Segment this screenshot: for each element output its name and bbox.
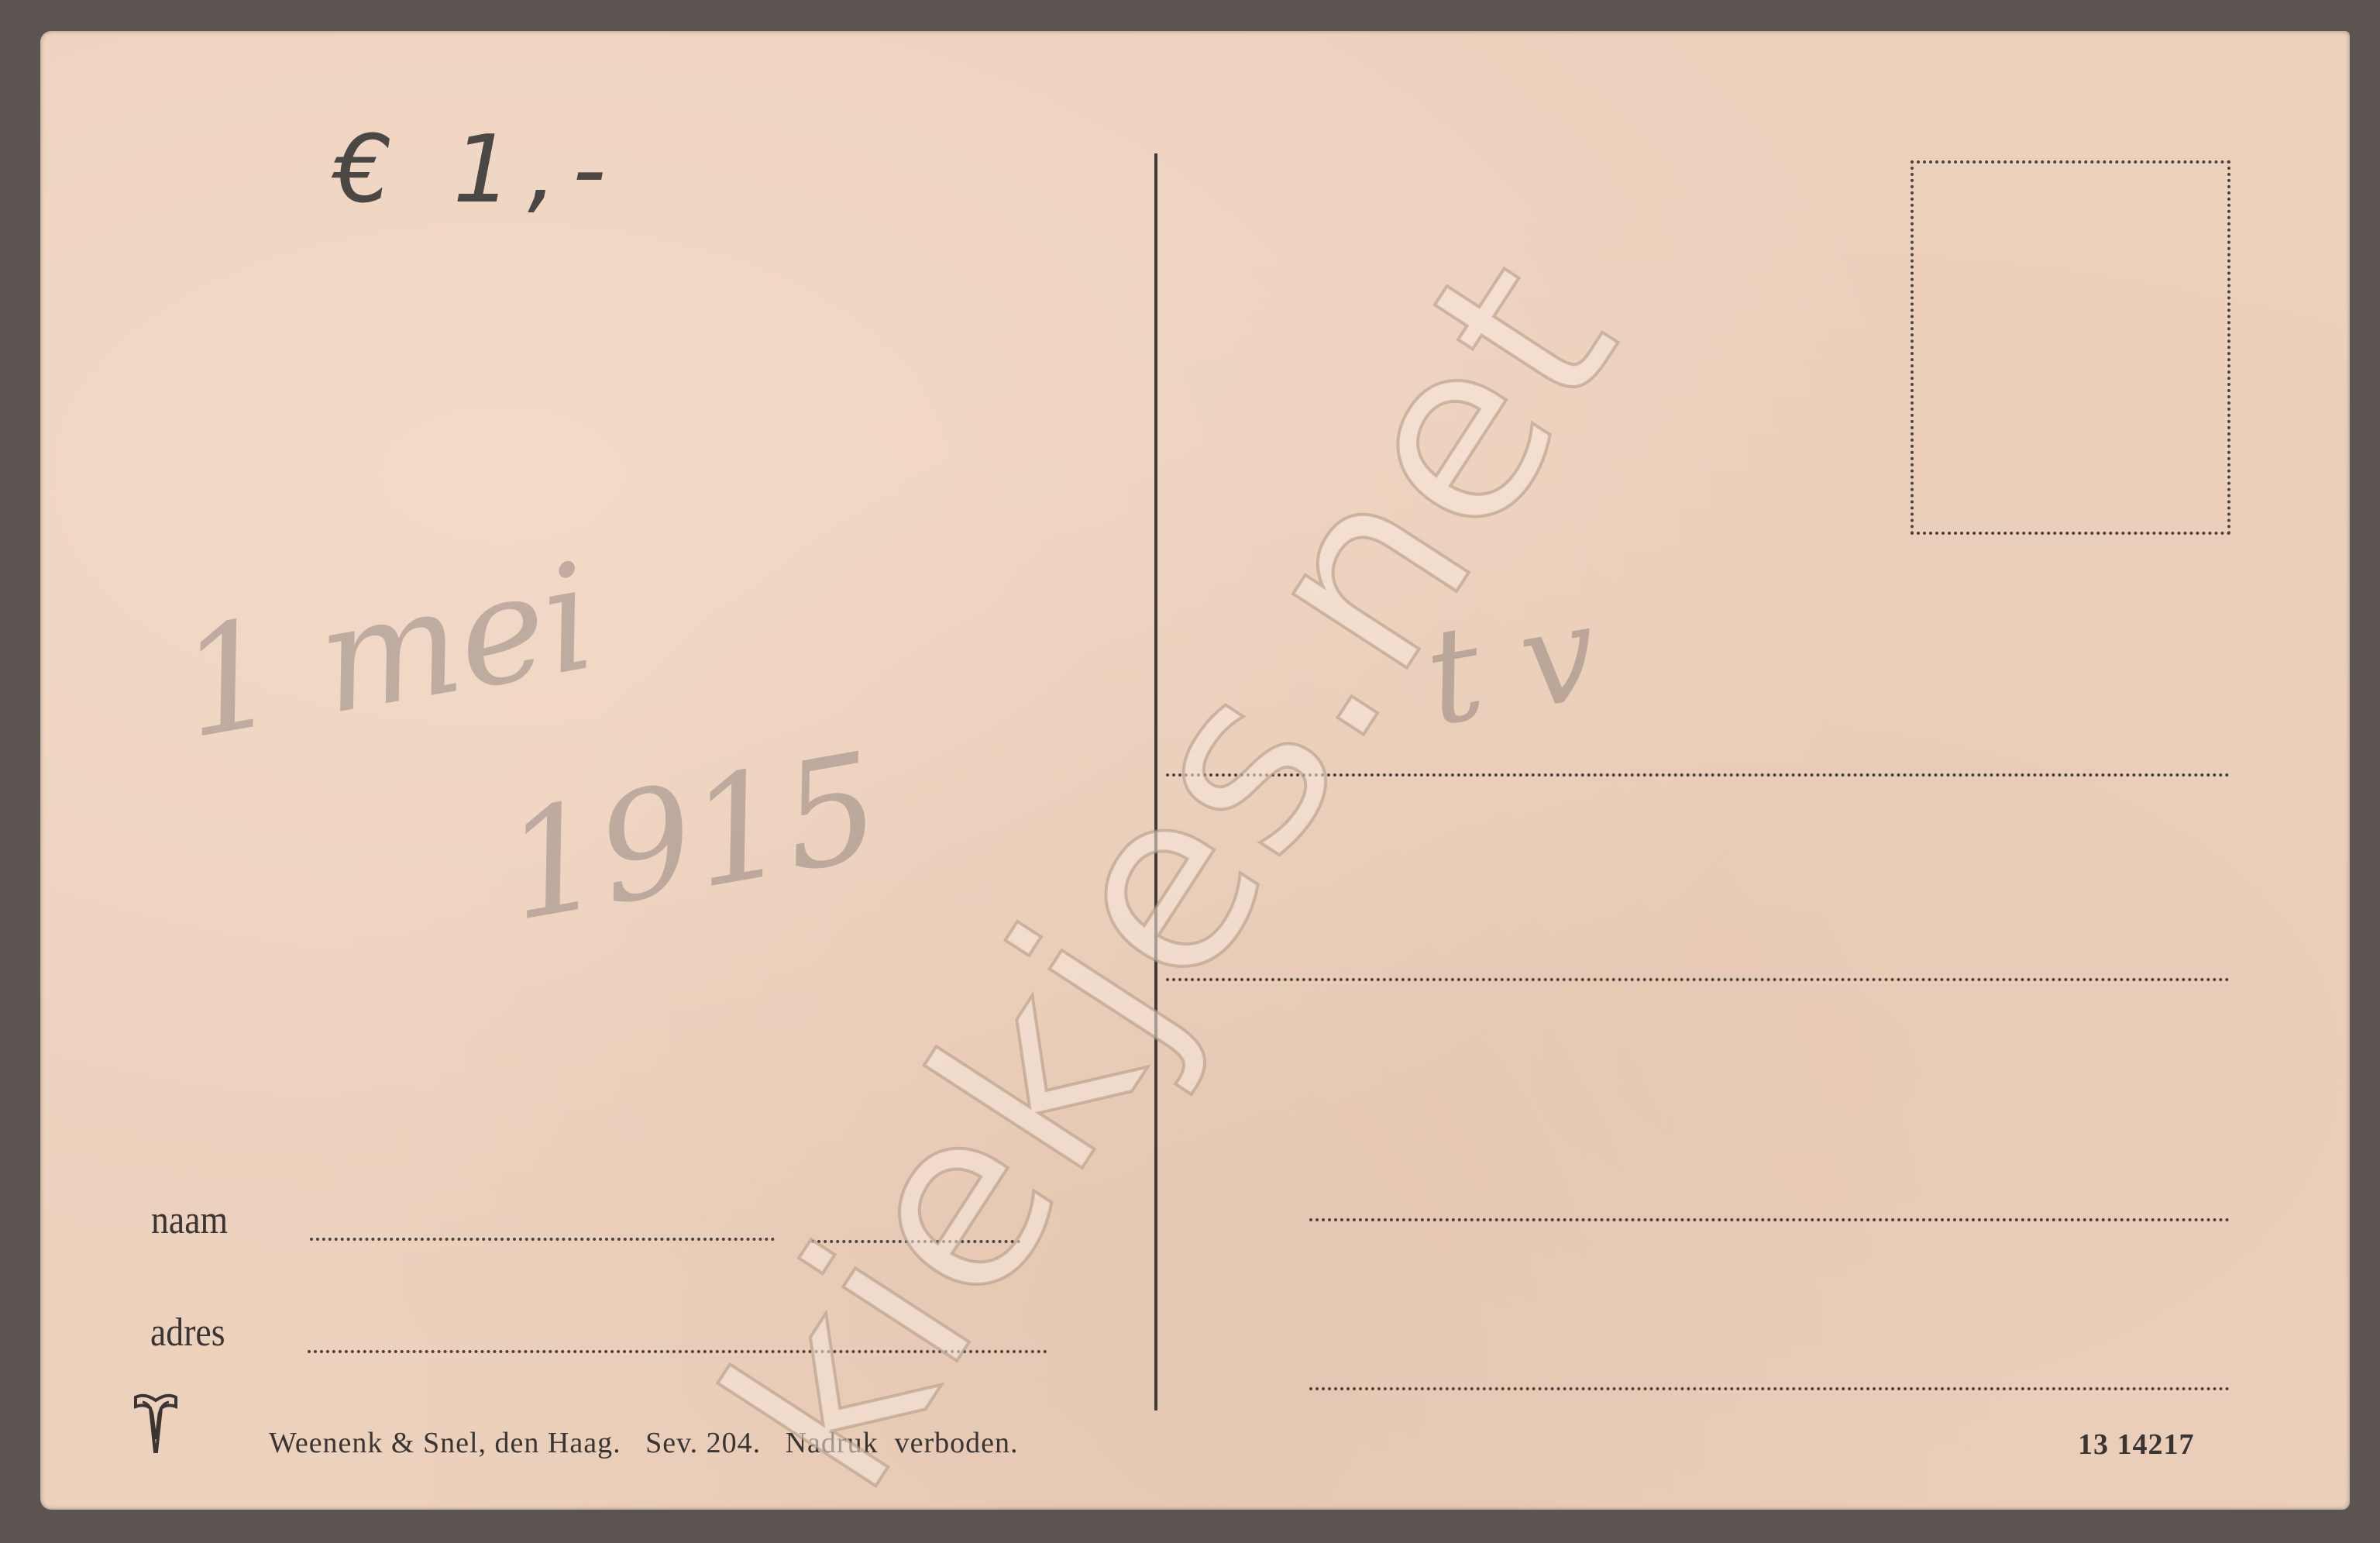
handwritten-price: € 1,-	[333, 116, 621, 224]
catalog-number: 13 14217	[2078, 1428, 2195, 1462]
weenenk-snel-monogram-icon	[133, 1393, 178, 1453]
address-line-2	[1166, 978, 2230, 981]
adres-label: adres	[150, 1310, 225, 1355]
address-line-4	[1309, 1387, 2230, 1390]
stamp-placeholder-box	[1911, 160, 2230, 535]
naam-line-a	[310, 1238, 775, 1241]
pencil-note-year: 1915	[493, 721, 892, 955]
postcard-back: € 1,- 1 mei 1915 t v naam adres Weenenk …	[40, 31, 2350, 1510]
address-line-3	[1309, 1218, 2230, 1221]
pencil-note-date: 1 mei	[168, 531, 606, 771]
naam-label: naam	[151, 1197, 228, 1243]
